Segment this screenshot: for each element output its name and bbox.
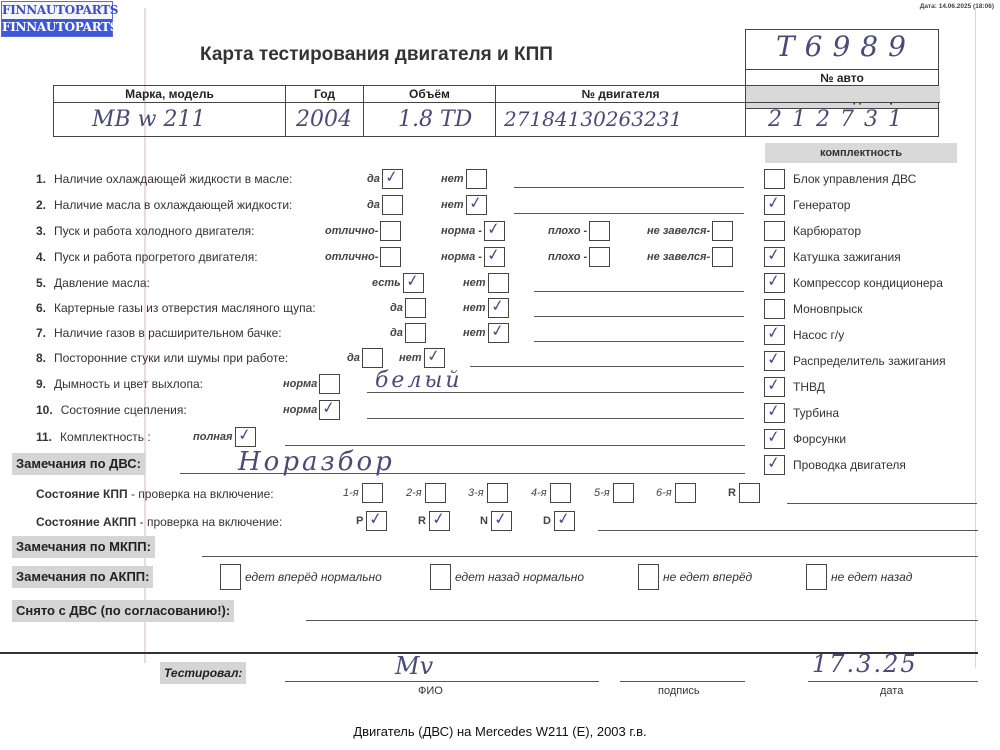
completeness-item: Блок управления ДВС bbox=[764, 168, 916, 190]
kpp-label-rest: - проверка на включение: bbox=[128, 487, 274, 501]
notes-line[interactable] bbox=[285, 445, 745, 446]
checklist-option: норма - bbox=[441, 247, 505, 267]
option-label: плохо - bbox=[548, 251, 587, 263]
option-label: нет bbox=[399, 352, 422, 364]
completeness-checkbox[interactable] bbox=[764, 403, 785, 423]
kpp-gear-option: 4-я bbox=[531, 482, 571, 504]
date-caption: дата bbox=[880, 685, 903, 697]
question-number: 1. bbox=[36, 172, 46, 186]
checklist-row: 5.Давление масла:естьнет bbox=[0, 273, 760, 293]
completeness-checkbox[interactable] bbox=[764, 351, 785, 371]
question-number: 4. bbox=[36, 250, 46, 264]
cell-odometer: 212731 bbox=[746, 86, 940, 136]
checklist-option: не завелся- bbox=[647, 221, 733, 241]
header-year: Год bbox=[286, 86, 363, 103]
akpp-gear-checkbox[interactable] bbox=[429, 511, 450, 531]
option-checkbox[interactable] bbox=[405, 298, 426, 318]
gear-label: R bbox=[418, 515, 426, 527]
option-checkbox[interactable] bbox=[466, 195, 487, 215]
akpp-remark-option: не едет назад bbox=[806, 564, 912, 590]
completeness-item: Форсунки bbox=[764, 428, 846, 450]
cell-year: Год 2004 bbox=[286, 86, 364, 136]
header-volume: Объём bbox=[364, 86, 495, 103]
gear-label: R bbox=[728, 487, 736, 499]
akpp-gear-checkbox[interactable] bbox=[491, 511, 512, 531]
checklist-option: да bbox=[367, 195, 403, 215]
question-number: 9. bbox=[36, 377, 46, 391]
removed-label: Снято с ДВС (по согласованию!): bbox=[12, 600, 234, 622]
akpp-remark-checkbox[interactable] bbox=[430, 564, 451, 590]
akpp-label: Состояние АКПП - проверка на включение: bbox=[36, 515, 282, 529]
exhaust-note-value: белый bbox=[375, 368, 463, 393]
option-label: да bbox=[367, 173, 380, 185]
question-number: 7. bbox=[36, 326, 46, 340]
option-label: полная bbox=[193, 431, 233, 443]
checklist-row: 9.Дымность и цвет выхлопа:нормабелый bbox=[0, 374, 760, 394]
checklist-question: 6.Картерные газы из отверстия масляного … bbox=[36, 301, 316, 315]
completeness-checkbox[interactable] bbox=[764, 169, 785, 189]
gear-label: 1-я bbox=[343, 487, 359, 499]
option-checkbox[interactable] bbox=[589, 247, 610, 267]
date-line[interactable] bbox=[808, 681, 978, 682]
auto-number-value: T6989 bbox=[746, 30, 938, 70]
checklist-option: да bbox=[347, 348, 383, 368]
kpp-gear-checkbox[interactable] bbox=[487, 483, 508, 503]
checklist-row: 1.Наличие охлаждающей жидкости в масле:д… bbox=[0, 169, 760, 189]
checklist-option: плохо - bbox=[548, 247, 610, 267]
checklist-row: 8.Посторонние стуки или шумы при работе:… bbox=[0, 348, 760, 368]
akpp-gear-checkbox[interactable] bbox=[554, 511, 575, 531]
odometer-value: 212731 bbox=[746, 103, 940, 136]
option-checkbox[interactable] bbox=[488, 273, 509, 293]
completeness-checkbox[interactable] bbox=[764, 429, 785, 449]
watermark-line-1: FINNAUTOPARTS bbox=[2, 2, 112, 19]
akpp-label-rest: - проверка на включение: bbox=[136, 515, 282, 529]
checklist-row: 6.Картерные газы из отверстия масляного … bbox=[0, 298, 760, 318]
checklist-option: нет bbox=[463, 323, 509, 343]
option-label: отлично- bbox=[325, 251, 378, 263]
option-label: да bbox=[367, 199, 380, 211]
checklist-option: отлично- bbox=[325, 221, 401, 241]
checklist-option: нет bbox=[463, 298, 509, 318]
completeness-item: Карбюратор bbox=[764, 220, 861, 242]
tested-by-name-value: Мv bbox=[395, 652, 433, 680]
tested-by-label: Тестировал: bbox=[160, 662, 246, 684]
option-label: норма - bbox=[441, 251, 482, 263]
question-label: Состояние сцепления: bbox=[61, 403, 187, 417]
gear-label: N bbox=[480, 515, 488, 527]
question-label: Наличие охлаждающей жидкости в масле: bbox=[54, 172, 292, 186]
checklist-option: есть bbox=[372, 273, 424, 293]
option-label: не завелся- bbox=[647, 225, 710, 237]
option-label: отлично- bbox=[325, 225, 378, 237]
completeness-item: Компрессор кондиционера bbox=[764, 272, 943, 294]
checklist-row: 7.Наличие газов в расширительном бачке:д… bbox=[0, 323, 760, 343]
question-number: 8. bbox=[36, 351, 46, 365]
option-checkbox[interactable] bbox=[382, 195, 403, 215]
akpp-remark-label: не едет назад bbox=[831, 570, 912, 584]
akpp-gear-option: R bbox=[418, 510, 450, 532]
notes-line[interactable] bbox=[367, 418, 744, 419]
value-engine-number: 27184130263231 bbox=[496, 103, 745, 136]
option-label: да bbox=[390, 302, 403, 314]
checklist-option: норма bbox=[283, 374, 340, 394]
option-label: норма - bbox=[441, 225, 482, 237]
completeness-item: Катушка зажигания bbox=[764, 246, 901, 268]
completeness-item-label: ТНВД bbox=[793, 380, 825, 394]
completeness-checkbox[interactable] bbox=[764, 455, 785, 475]
checklist-option: не завелся- bbox=[647, 247, 733, 267]
option-checkbox[interactable] bbox=[380, 221, 401, 241]
completeness-checkbox[interactable] bbox=[764, 325, 785, 345]
notes-line[interactable] bbox=[534, 291, 744, 292]
gear-label: 3-я bbox=[468, 487, 484, 499]
option-checkbox[interactable] bbox=[424, 348, 445, 368]
option-checkbox[interactable] bbox=[484, 221, 505, 241]
page-edge bbox=[975, 8, 976, 668]
dvs-remarks-label: Замечания по ДВС: bbox=[12, 453, 145, 475]
cell-make-model: Марка, модель MB w 211 bbox=[54, 86, 286, 136]
completeness-checkbox[interactable] bbox=[764, 377, 785, 397]
page-title: Карта тестирования двигателя и КПП bbox=[200, 44, 553, 66]
completeness-title: комплектность bbox=[765, 143, 957, 163]
checklist-row: 2.Наличие масла в охлаждающей жидкости:д… bbox=[0, 195, 760, 215]
header-make-model: Марка, модель bbox=[54, 86, 285, 103]
completeness-checkbox[interactable] bbox=[764, 247, 785, 267]
mkpp-remarks-line[interactable] bbox=[202, 556, 978, 557]
akpp-gear-option: N bbox=[480, 510, 512, 532]
completeness-item-label: Карбюратор bbox=[793, 224, 861, 238]
completeness-checkbox[interactable] bbox=[764, 273, 785, 293]
kpp-gear-checkbox[interactable] bbox=[613, 483, 634, 503]
option-checkbox[interactable] bbox=[319, 374, 340, 394]
checklist-option: да bbox=[390, 323, 426, 343]
option-checkbox[interactable] bbox=[589, 221, 610, 241]
question-label: Пуск и работа прогретого двигателя: bbox=[54, 250, 258, 264]
akpp-remark-checkbox[interactable] bbox=[638, 564, 659, 590]
kpp-gear-option: 5-я bbox=[594, 482, 634, 504]
kpp-gear-option: 1-я bbox=[343, 482, 383, 504]
option-label: нет bbox=[441, 199, 464, 211]
question-number: 3. bbox=[36, 224, 46, 238]
checklist-question: 1.Наличие охлаждающей жидкости в масле: bbox=[36, 172, 292, 186]
option-label: да bbox=[390, 327, 403, 339]
kpp-label: Состояние КПП - проверка на включение: bbox=[36, 487, 274, 501]
value-year: 2004 bbox=[286, 103, 363, 136]
kpp-gear-checkbox[interactable] bbox=[550, 483, 571, 503]
option-label: нет bbox=[463, 327, 486, 339]
akpp-notes-line bbox=[598, 530, 978, 531]
notes-line[interactable] bbox=[514, 213, 744, 214]
checklist-question: 10.Состояние сцепления: bbox=[36, 403, 187, 417]
completeness-checkbox[interactable] bbox=[764, 221, 785, 241]
completeness-item: ТНВД bbox=[764, 376, 825, 398]
akpp-gear-checkbox[interactable] bbox=[366, 511, 387, 531]
cell-engine-number: № двигателя 27184130263231 bbox=[496, 86, 746, 136]
akpp-remark-option: не едет вперёд bbox=[638, 564, 752, 590]
kpp-gear-checkbox[interactable] bbox=[425, 483, 446, 503]
option-label: норма bbox=[283, 404, 317, 416]
checklist-question: 9.Дымность и цвет выхлопа: bbox=[36, 377, 203, 391]
question-label: Посторонние стуки или шумы при работе: bbox=[54, 351, 288, 365]
gear-label: D bbox=[543, 515, 551, 527]
question-number: 2. bbox=[36, 198, 46, 212]
checklist-question: 7.Наличие газов в расширительном бачке: bbox=[36, 326, 282, 340]
checklist-option: нет bbox=[441, 169, 487, 189]
completeness-item-label: Распределитель зажигания bbox=[793, 354, 946, 368]
completeness-item-label: Насос г/у bbox=[793, 328, 844, 342]
completeness-item: Распределитель зажигания bbox=[764, 350, 946, 372]
completeness-checkbox[interactable] bbox=[764, 195, 785, 215]
checklist-row: 3.Пуск и работа холодного двигателя:отли… bbox=[0, 221, 760, 241]
watermark-line-2: FINNAUTOPARTS bbox=[2, 19, 112, 36]
checklist-question: 8.Посторонние стуки или шумы при работе: bbox=[36, 351, 288, 365]
signature-line[interactable] bbox=[620, 681, 745, 682]
value-make-model: MB w 211 bbox=[54, 103, 285, 136]
question-number: 5. bbox=[36, 276, 46, 290]
completeness-item: Моновпрыск bbox=[764, 298, 863, 320]
akpp-remark-option: едет вперёд нормально bbox=[220, 564, 382, 590]
question-label: Картерные газы из отверстия масляного щу… bbox=[54, 301, 316, 315]
option-checkbox[interactable] bbox=[403, 273, 424, 293]
completeness-item-label: Компрессор кондиционера bbox=[793, 276, 943, 290]
akpp-remark-label: едет назад нормально bbox=[455, 570, 584, 584]
option-checkbox[interactable] bbox=[466, 169, 487, 189]
completeness-item-label: Блок управления ДВС bbox=[793, 172, 916, 186]
option-label: норма bbox=[283, 378, 317, 390]
kpp-notes-line bbox=[787, 503, 977, 504]
notes-line[interactable] bbox=[534, 341, 744, 342]
option-checkbox[interactable] bbox=[405, 323, 426, 343]
checklist-option: нет bbox=[399, 348, 445, 368]
option-label: нет bbox=[441, 173, 464, 185]
checklist-row: 10.Состояние сцепления:норма bbox=[0, 400, 760, 420]
gear-label: P bbox=[356, 515, 363, 527]
gear-label: 4-я bbox=[531, 487, 547, 499]
dvs-remarks-value[interactable]: Норазбор bbox=[238, 447, 395, 477]
gear-label: 2-я bbox=[406, 487, 422, 499]
name-caption: ФИО bbox=[418, 685, 443, 697]
akpp-gear-option: D bbox=[543, 510, 575, 532]
akpp-remarks-label: Замечания по АКПП: bbox=[12, 566, 153, 588]
kpp-gear-checkbox[interactable] bbox=[675, 483, 696, 503]
option-label: нет bbox=[463, 277, 486, 289]
question-number: 10. bbox=[36, 403, 53, 417]
option-checkbox[interactable] bbox=[235, 427, 256, 447]
checklist-option: норма bbox=[283, 400, 340, 420]
watermark-logo: FINNAUTOPARTS FINNAUTOPARTS bbox=[1, 1, 113, 37]
akpp-remark-label: не едет вперёд bbox=[663, 570, 752, 584]
checklist-option: нет bbox=[463, 273, 509, 293]
option-label: нет bbox=[463, 302, 486, 314]
question-label: Давление масла: bbox=[54, 276, 150, 290]
vehicle-info-table: Марка, модель MB w 211 Год 2004 Объём 1.… bbox=[53, 85, 939, 137]
completeness-item: Турбина bbox=[764, 402, 839, 424]
option-label: да bbox=[347, 352, 360, 364]
option-label: плохо - bbox=[548, 225, 587, 237]
question-label: Дымность и цвет выхлопа: bbox=[54, 377, 203, 391]
kpp-gear-option: 6-я bbox=[656, 482, 696, 504]
signature-caption: подпись bbox=[658, 685, 700, 697]
option-label: есть bbox=[372, 277, 401, 289]
option-checkbox[interactable] bbox=[484, 247, 505, 267]
kpp-gear-checkbox[interactable] bbox=[362, 483, 383, 503]
gear-label: 6-я bbox=[656, 487, 672, 499]
header-engine-number: № двигателя bbox=[496, 86, 745, 103]
checklist-option: нет bbox=[441, 195, 487, 215]
gear-label: 5-я bbox=[594, 487, 610, 499]
removed-line[interactable] bbox=[306, 620, 978, 621]
akpp-remark-label: едет вперёд нормально bbox=[245, 570, 382, 584]
option-checkbox[interactable] bbox=[380, 247, 401, 267]
checklist-question: 3.Пуск и работа холодного двигателя: bbox=[36, 224, 254, 238]
tested-date-value: 17.3.25 bbox=[812, 650, 918, 678]
checklist-question: 5.Давление масла: bbox=[36, 276, 150, 290]
completeness-item: Проводка двигателя bbox=[764, 454, 906, 476]
completeness-item-label: Моновпрыск bbox=[793, 302, 863, 316]
notes-line[interactable] bbox=[514, 187, 744, 188]
kpp-gear-option: 2-я bbox=[406, 482, 446, 504]
completeness-checkbox[interactable] bbox=[764, 299, 785, 319]
checklist-question: 2.Наличие масла в охлаждающей жидкости: bbox=[36, 198, 292, 212]
checklist-option: плохо - bbox=[548, 221, 610, 241]
option-label: не завелся- bbox=[647, 251, 710, 263]
completeness-item: Генератор bbox=[764, 194, 850, 216]
question-label: Пуск и работа холодного двигателя: bbox=[54, 224, 254, 238]
checklist-option: да bbox=[390, 298, 426, 318]
option-checkbox[interactable] bbox=[488, 323, 509, 343]
cell-volume: Объём 1.8 TD bbox=[364, 86, 496, 136]
checklist-option: отлично- bbox=[325, 247, 401, 267]
option-checkbox[interactable] bbox=[382, 169, 403, 189]
question-label: Комплектность : bbox=[60, 430, 151, 444]
mkpp-remarks-label: Замечания по МКПП: bbox=[12, 536, 155, 558]
checklist-option: норма - bbox=[441, 221, 505, 241]
completeness-item-label: Катушка зажигания bbox=[793, 250, 901, 264]
akpp-remark-checkbox[interactable] bbox=[220, 564, 241, 590]
option-checkbox[interactable] bbox=[319, 400, 340, 420]
completeness-item-label: Проводка двигателя bbox=[793, 458, 906, 472]
checklist-question: 4.Пуск и работа прогретого двигателя: bbox=[36, 250, 258, 264]
completeness-item-label: Форсунки bbox=[793, 432, 846, 446]
question-label: Наличие масла в охлаждающей жидкости: bbox=[54, 198, 292, 212]
checklist-option: да bbox=[367, 169, 403, 189]
akpp-gear-option: P bbox=[356, 510, 387, 532]
notes-line[interactable] bbox=[470, 366, 744, 367]
date-stamp: Дата: 14.06.2025 (18:06) bbox=[920, 3, 994, 10]
checklist-row: 4.Пуск и работа прогретого двигателя:отл… bbox=[0, 247, 760, 267]
option-checkbox[interactable] bbox=[362, 348, 383, 368]
question-label: Наличие газов в расширительном бачке: bbox=[54, 326, 282, 340]
option-checkbox[interactable] bbox=[488, 298, 509, 318]
tested-by-name-line[interactable] bbox=[285, 681, 599, 682]
akpp-remark-checkbox[interactable] bbox=[806, 564, 827, 590]
value-volume: 1.8 TD bbox=[364, 103, 495, 136]
akpp-label-bold: Состояние АКПП bbox=[36, 515, 136, 529]
option-checkbox[interactable] bbox=[712, 247, 733, 267]
akpp-remark-option: едет назад нормально bbox=[430, 564, 584, 590]
image-caption: Двигатель (ДВС) на Mercedes W211 (E), 20… bbox=[0, 724, 1000, 739]
completeness-item: Насос г/у bbox=[764, 324, 844, 346]
kpp-label-bold: Состояние КПП bbox=[36, 487, 128, 501]
kpp-gear-option: R bbox=[728, 482, 760, 504]
kpp-gear-checkbox[interactable] bbox=[739, 483, 760, 503]
checklist-option: полная bbox=[193, 427, 256, 447]
completeness-item-label: Генератор bbox=[793, 198, 850, 212]
checklist-row: 11.Комплектность :полная bbox=[0, 427, 760, 447]
option-checkbox[interactable] bbox=[712, 221, 733, 241]
notes-line[interactable] bbox=[534, 316, 744, 317]
checklist-question: 11.Комплектность : bbox=[36, 430, 151, 444]
question-number: 11. bbox=[36, 430, 52, 444]
completeness-item-label: Турбина bbox=[793, 406, 839, 420]
question-number: 6. bbox=[36, 301, 46, 315]
kpp-gear-option: 3-я bbox=[468, 482, 508, 504]
